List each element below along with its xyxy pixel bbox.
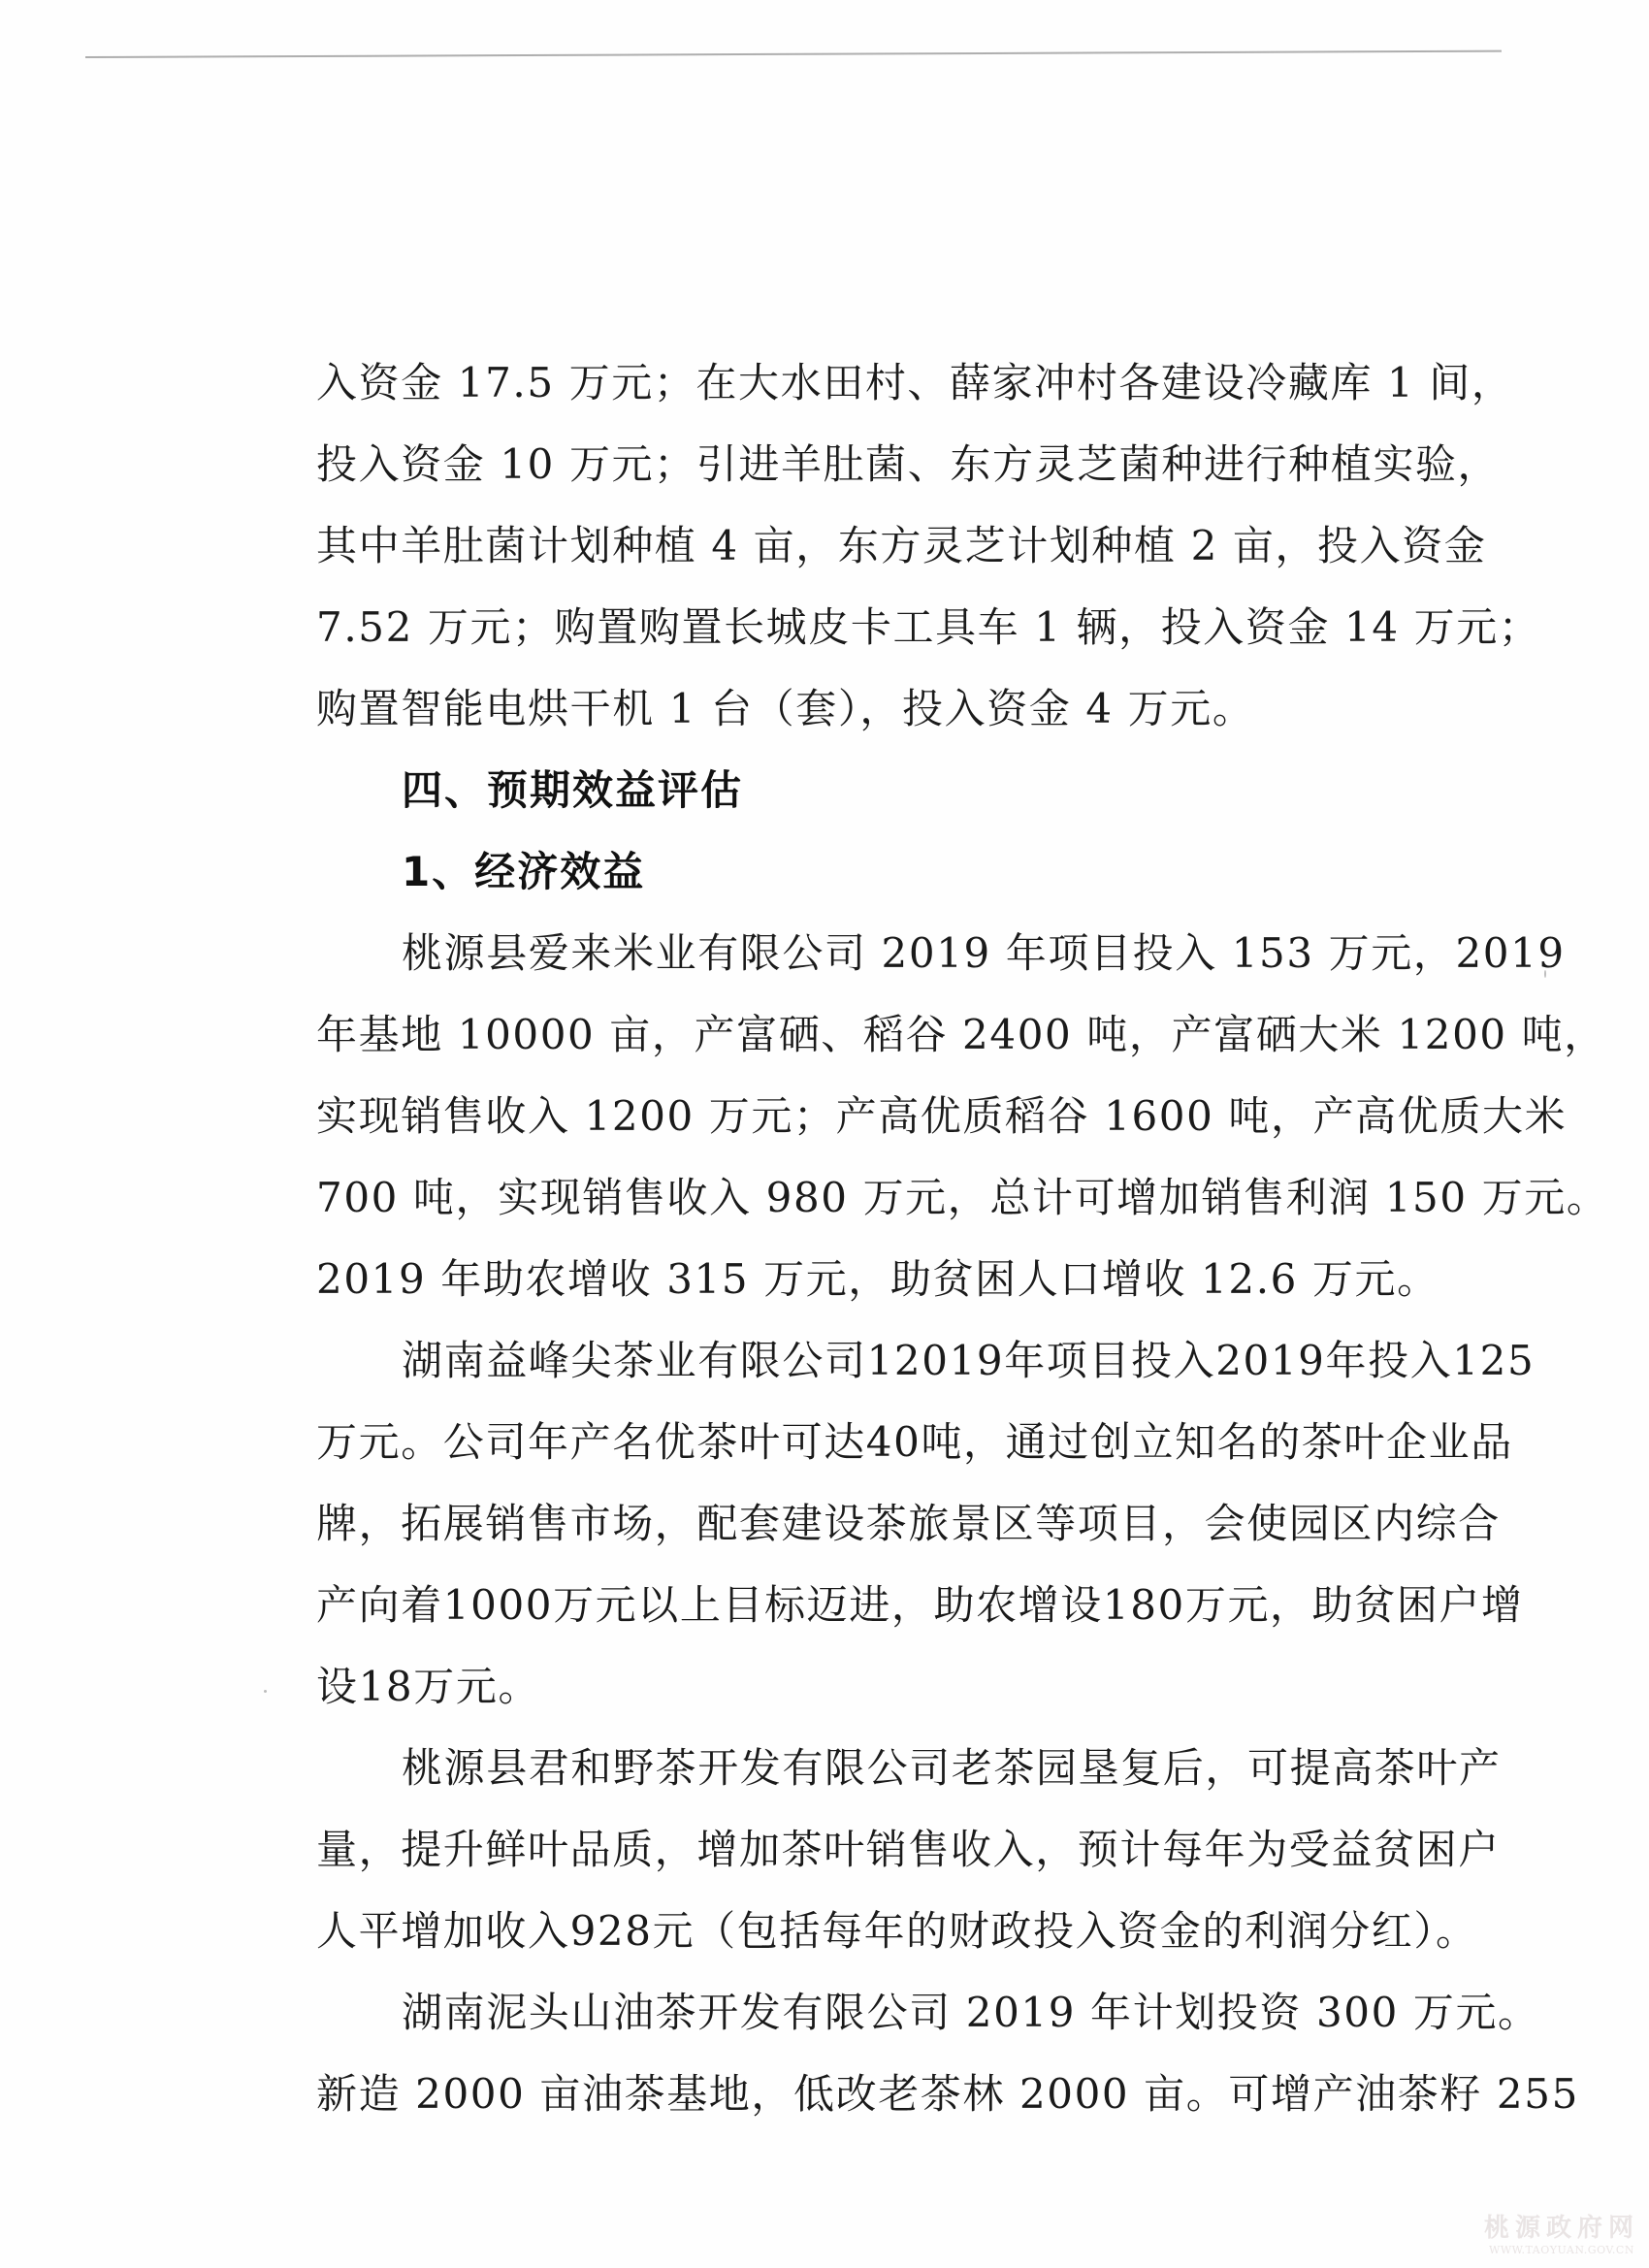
subsection-heading: 1、经济效益 xyxy=(316,831,1480,913)
scan-speck xyxy=(1408,2105,1411,2107)
text-line: 年基地 10000 亩，产富硒、稻谷 2400 吨，产富硒大米 1200 吨， xyxy=(316,994,1480,1076)
text-line: 700 吨，实现销售收入 980 万元，总计可增加销售利润 150 万元。 xyxy=(316,1157,1480,1239)
document-body: 入资金 17.5 万元；在大水田村、薛家冲村各建设冷藏库 1 间， 投入资金 1… xyxy=(316,342,1480,2135)
scan-speck xyxy=(1426,2103,1428,2106)
scan-speck xyxy=(1544,970,1546,978)
paragraph-yifengjian: 湖南益峰尖茶业有限公司12019年项目投入2019年投入125 万元。公司年产名… xyxy=(316,1320,1480,1728)
header-rule xyxy=(85,50,1502,58)
paragraph-ailaimi: 桃源县爱来米业有限公司 2019 年项目投入 153 万元，2019 年基地 1… xyxy=(316,913,1480,1320)
text-line: 购置智能电烘干机 1 台（套），投入资金 4 万元。 xyxy=(316,668,1480,750)
text-line: 桃源县君和野茶开发有限公司老茶园垦复后，可提高茶叶产 xyxy=(316,1728,1480,1809)
text-line: 人平增加收入928元（包括每年的财政投入资金的利润分红）。 xyxy=(316,1891,1480,1972)
text-line: 投入资金 10 万元；引进羊肚菌、东方灵芝菌种进行种植实验， xyxy=(316,424,1480,505)
text-line: 新造 2000 亩油茶基地，低改老茶林 2000 亩。可增产油茶籽 255 xyxy=(316,2054,1480,2135)
text-line: 其中羊肚菌计划种植 4 亩，东方灵芝计划种植 2 亩，投入资金 xyxy=(316,505,1480,587)
scanned-document-page: 入资金 17.5 万元；在大水田村、薛家冲村各建设冷藏库 1 间， 投入资金 1… xyxy=(0,0,1649,2268)
text-line: 入资金 17.5 万元；在大水田村、薛家冲村各建设冷藏库 1 间， xyxy=(316,342,1480,424)
text-line: 湖南泥头山油茶开发有限公司 2019 年计划投资 300 万元。 xyxy=(316,1972,1480,2054)
text-line: 实现销售收入 1200 万元；产高优质稻谷 1600 吨，产高优质大米 xyxy=(316,1076,1480,1157)
scan-speck xyxy=(1400,2090,1403,2093)
text-line: 7.52 万元；购置购置长城皮卡工具车 1 辆，投入资金 14 万元； xyxy=(316,587,1480,668)
text-line: 2019 年助农增收 315 万元，助贫困人口增收 12.6 万元。 xyxy=(316,1239,1480,1320)
scan-speck xyxy=(264,1690,267,1693)
site-watermark: 桃源政府网 WWW.TAOYUAN.GOV.CN xyxy=(1484,2208,1639,2256)
section-heading: 四、预期效益评估 xyxy=(316,750,1480,831)
paragraph-junheye: 桃源县君和野茶开发有限公司老茶园垦复后，可提高茶叶产 量，提升鲜叶品质，增加茶叶… xyxy=(316,1728,1480,1972)
paragraph-nitoushan: 湖南泥头山油茶开发有限公司 2019 年计划投资 300 万元。 新造 2000… xyxy=(316,1972,1480,2135)
watermark-name: 桃源政府网 xyxy=(1484,2208,1639,2244)
text-line: 设18万元。 xyxy=(316,1646,1480,1728)
text-line: 湖南益峰尖茶业有限公司12019年项目投入2019年投入125 xyxy=(316,1320,1480,1402)
text-line: 量，提升鲜叶品质，增加茶叶销售收入，预计每年为受益贫困户 xyxy=(316,1809,1480,1891)
text-line: 桃源县爱来米业有限公司 2019 年项目投入 153 万元，2019 xyxy=(316,913,1480,994)
watermark-url: WWW.TAOYUAN.GOV.CN xyxy=(1484,2244,1639,2256)
text-line: 万元。公司年产名优茶叶可达40吨，通过创立知名的茶叶企业品 xyxy=(316,1402,1480,1483)
text-line: 产向着1000万元以上目标迈进，助农增设180万元，助贫困户增 xyxy=(316,1565,1480,1646)
text-line: 牌，拓展销售市场，配套建设茶旅景区等项目，会使园区内综合 xyxy=(316,1483,1480,1565)
